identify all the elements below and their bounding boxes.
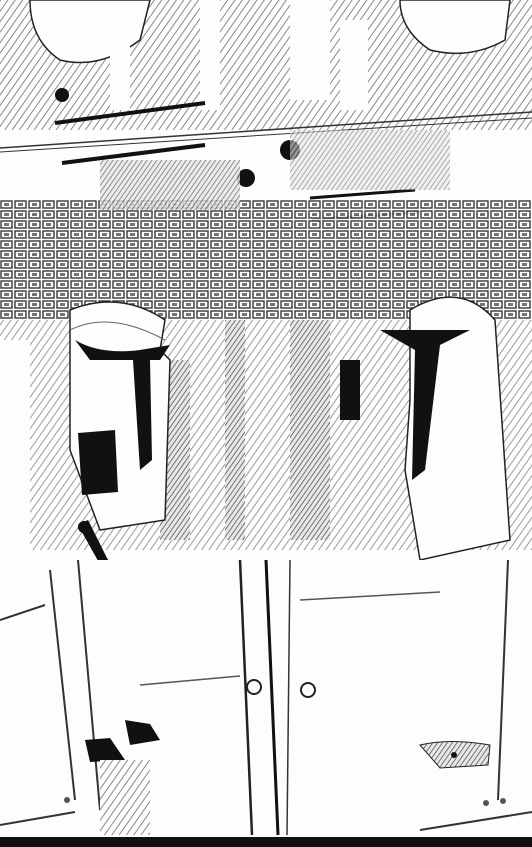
sketch-photo: [0, 0, 532, 847]
lower-panels: [0, 560, 532, 835]
ceiling-reflection: [0, 0, 532, 220]
light-grid: [0, 130, 532, 320]
bottom-strip: [0, 837, 532, 847]
sketch-illustration: [0, 0, 532, 847]
